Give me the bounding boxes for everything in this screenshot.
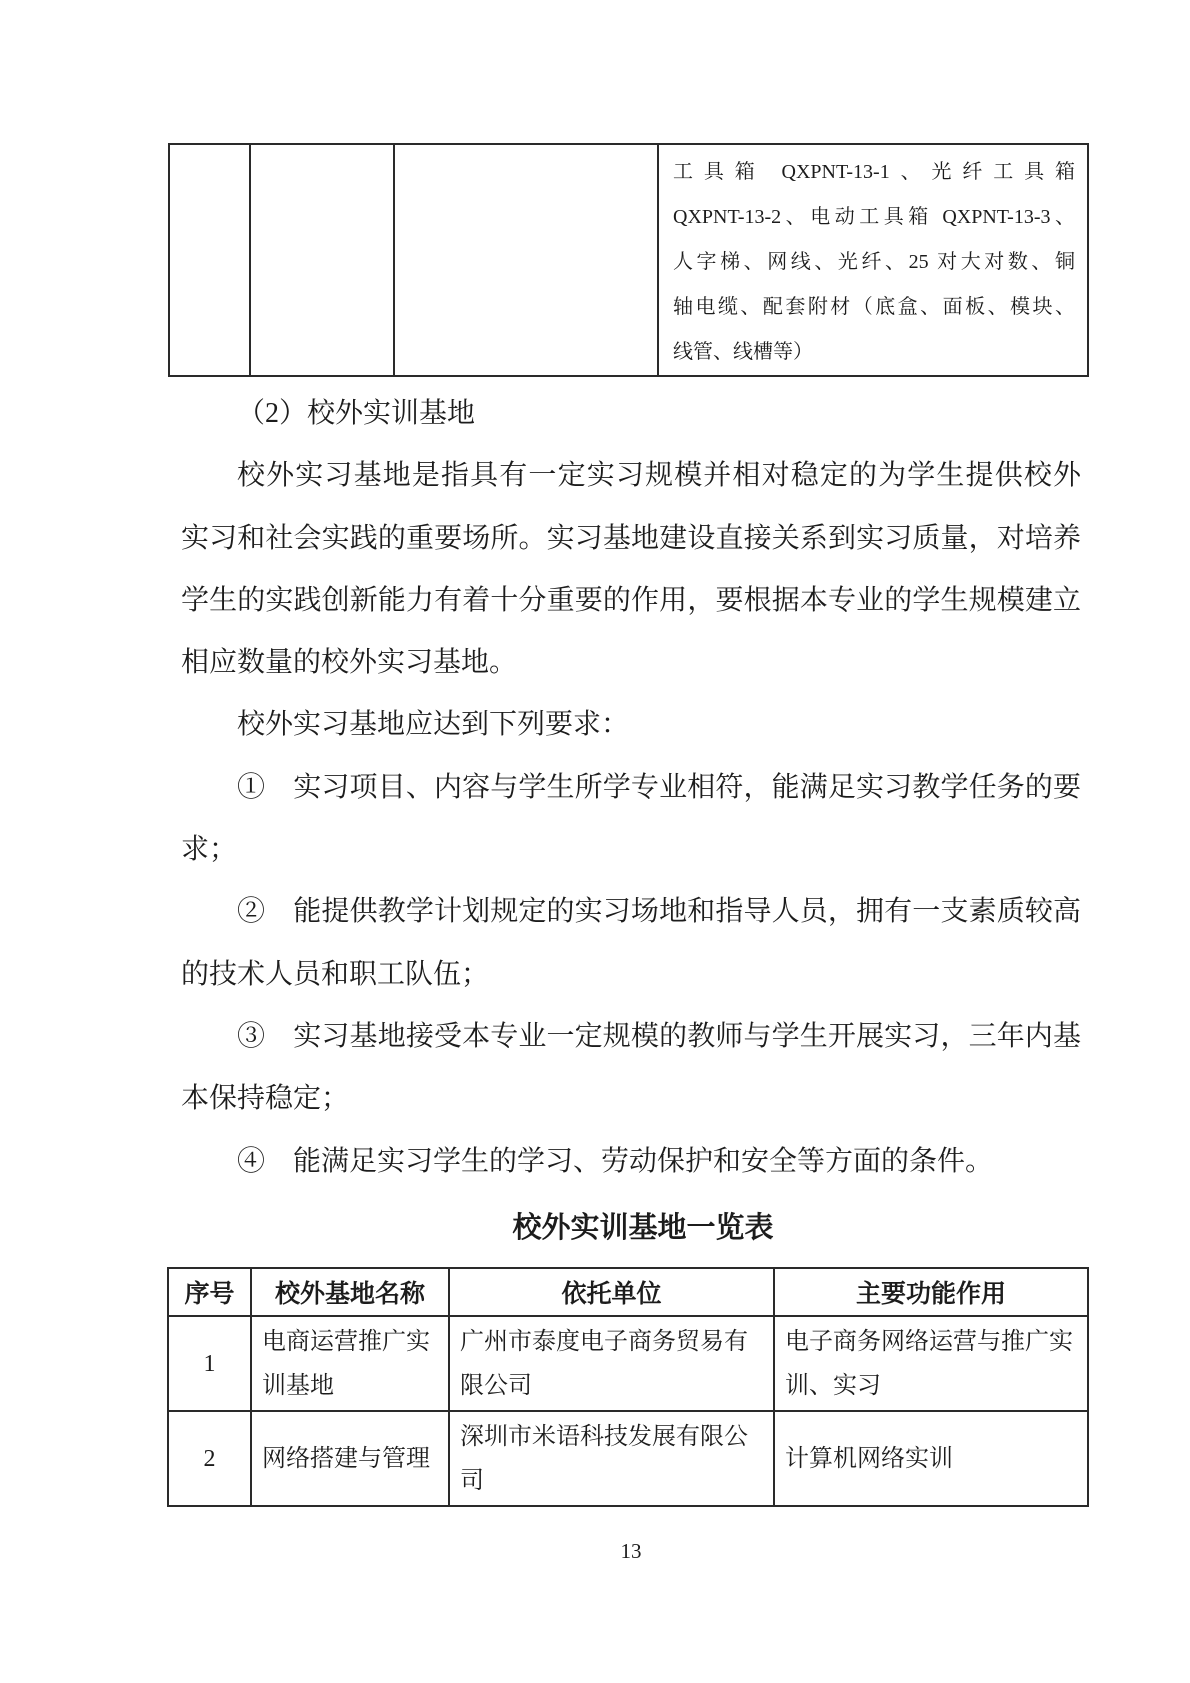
row-number-cell: 2 (168, 1411, 251, 1506)
base-org-cell: 深圳市米语科技发展有限公司 (449, 1411, 774, 1506)
header-cell-no: 序号 (168, 1268, 251, 1316)
document-page: 工具箱 QXPNT-13-1、光纤工具箱 QXPNT-13-2、电动工具箱 QX… (0, 0, 1190, 1683)
equipment-spec-cell: 工具箱 QXPNT-13-1、光纤工具箱 QXPNT-13-2、电动工具箱 QX… (658, 144, 1088, 376)
spec-line: 人字梯、网线、光纤、25 对大对数、铜 (673, 240, 1075, 285)
equipment-col3-cell (394, 144, 658, 376)
list-item-line: ④ 能满足实习学生的学习、劳动保护和安全等方面的条件。 (181, 1131, 1081, 1193)
list-item-line: ① 实习项目、内容与学生所学专业相符，能满足实习教学任务的要 (181, 757, 1081, 819)
equipment-table-row: 工具箱 QXPNT-13-1、光纤工具箱 QXPNT-13-2、电动工具箱 QX… (169, 144, 1088, 376)
body-line: 相应数量的校外实习基地。 (181, 632, 1081, 694)
body-line: 校外实习基地是指具有一定实习规模并相对稳定的为学生提供校外 (181, 445, 1081, 507)
spec-line: 线管、线槽等） (673, 330, 1075, 375)
header-cell-name: 校外基地名称 (251, 1268, 449, 1316)
base-func-cell: 电子商务网络运营与推广实训、实习 (774, 1316, 1088, 1411)
equipment-table: 工具箱 QXPNT-13-1、光纤工具箱 QXPNT-13-2、电动工具箱 QX… (168, 143, 1089, 377)
table-header-row: 序号 校外基地名称 依托单位 主要功能作用 (168, 1268, 1088, 1316)
body-line: 学生的实践创新能力有着十分重要的作用，要根据本专业的学生规模建立 (181, 570, 1081, 632)
page-number: 13 (181, 1536, 1081, 1566)
header-cell-org: 依托单位 (449, 1268, 774, 1316)
list-item-line: 求； (181, 819, 1081, 881)
table-row: 2 网络搭建与管理 深圳市米语科技发展有限公司 计算机网络实训 (168, 1411, 1088, 1506)
base-func-cell: 计算机网络实训 (774, 1411, 1088, 1506)
equipment-col1-cell (169, 144, 250, 376)
base-org-cell: 广州市泰度电子商务贸易有限公司 (449, 1316, 774, 1411)
section-heading: （2）校外实训基地 (181, 383, 1081, 445)
spec-line: QXPNT-13-2、电动工具箱 QXPNT-13-3、 (673, 195, 1075, 240)
body-line: 实习和社会实践的重要场所。实习基地建设直接关系到实习质量，对培养 (181, 508, 1081, 570)
training-base-table: 序号 校外基地名称 依托单位 主要功能作用 1 电商运营推广实训基地 广州市泰度… (167, 1267, 1089, 1507)
row-number-cell: 1 (168, 1316, 251, 1411)
base-name-cell: 电商运营推广实训基地 (251, 1316, 449, 1411)
body-line: 校外实习基地应达到下列要求： (181, 694, 1081, 756)
list-item-line: 的技术人员和职工队伍； (181, 944, 1081, 1006)
spec-line: 工具箱 QXPNT-13-1、光纤工具箱 (673, 150, 1075, 195)
table-row: 1 电商运营推广实训基地 广州市泰度电子商务贸易有限公司 电子商务网络运营与推广… (168, 1316, 1088, 1411)
header-cell-func: 主要功能作用 (774, 1268, 1088, 1316)
table-title: 校外实训基地一览表 (181, 1206, 1081, 1250)
list-item-line: ② 能提供教学计划规定的实习场地和指导人员，拥有一支素质较高 (181, 881, 1081, 943)
document-body: （2）校外实训基地 校外实习基地是指具有一定实习规模并相对稳定的为学生提供校外 … (181, 383, 1081, 1193)
list-item-line: 本保持稳定； (181, 1068, 1081, 1130)
list-item-line: ③ 实习基地接受本专业一定规模的教师与学生开展实习，三年内基 (181, 1006, 1081, 1068)
base-name-cell: 网络搭建与管理 (251, 1411, 449, 1506)
equipment-col2-cell (250, 144, 394, 376)
spec-line: 轴电缆、配套附材（底盒、面板、模块、 (673, 285, 1075, 330)
